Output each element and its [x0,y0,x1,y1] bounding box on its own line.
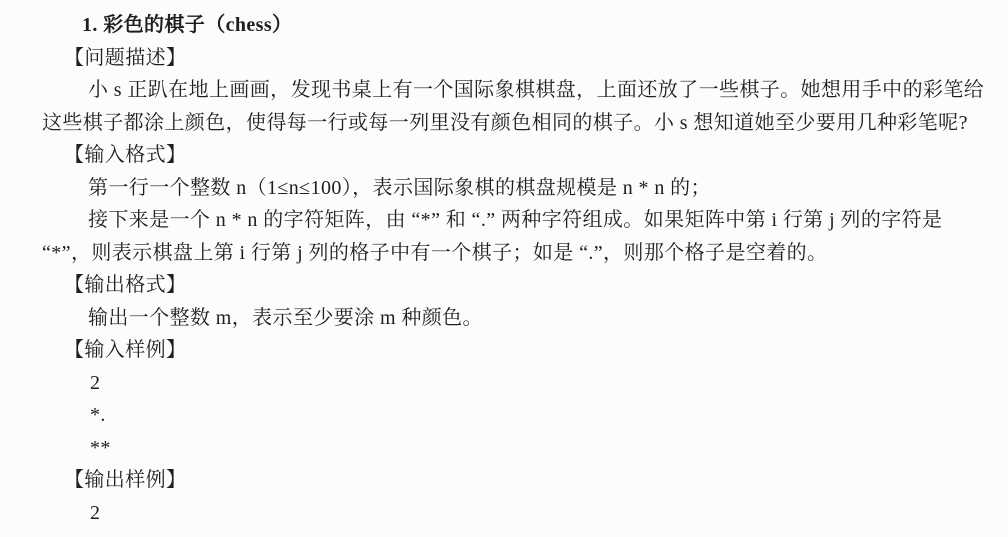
input-format-line-3: “*”，则表示棋盘上第 i 行第 j 列的格子中有一个棋子；如是 “.”，则那个… [42,237,990,270]
sample-output-line: 2 [42,497,990,530]
sample-input-line: ** [42,432,990,465]
problem-title: 1. 彩色的棋子（chess） [42,9,990,42]
input-format-line-2: 接下来是一个 n * n 的字符矩阵，由 “*” 和 “.” 两种字符组成。如果… [42,204,990,237]
input-format-line-1: 第一行一个整数 n（1≤n≤100），表示国际象棋的棋盘规模是 n * n 的； [42,172,990,205]
section-heading-problem-description: 【问题描述】 [42,42,990,75]
sample-input-line: *. [42,399,990,432]
section-heading-sample-output: 【输出样例】 [42,464,990,497]
sample-input-line: 2 [42,367,990,400]
problem-description-line-1: 小 s 正趴在地上画画，发现书桌上有一个国际象棋棋盘，上面还放了一些棋子。她想用… [42,74,990,107]
section-heading-output-format: 【输出格式】 [42,269,990,302]
output-format-line-1: 输出一个整数 m，表示至少要涂 m 种颜色。 [42,302,990,335]
problem-description-line-2: 这些棋子都涂上颜色，使得每一行或每一列里没有颜色相同的棋子。小 s 想知道她至少… [42,107,990,140]
scanned-document-page: 1. 彩色的棋子（chess） 【问题描述】 小 s 正趴在地上画画，发现书桌上… [0,0,1008,537]
section-heading-input-format: 【输入格式】 [42,139,990,172]
section-heading-sample-input: 【输入样例】 [42,334,990,367]
